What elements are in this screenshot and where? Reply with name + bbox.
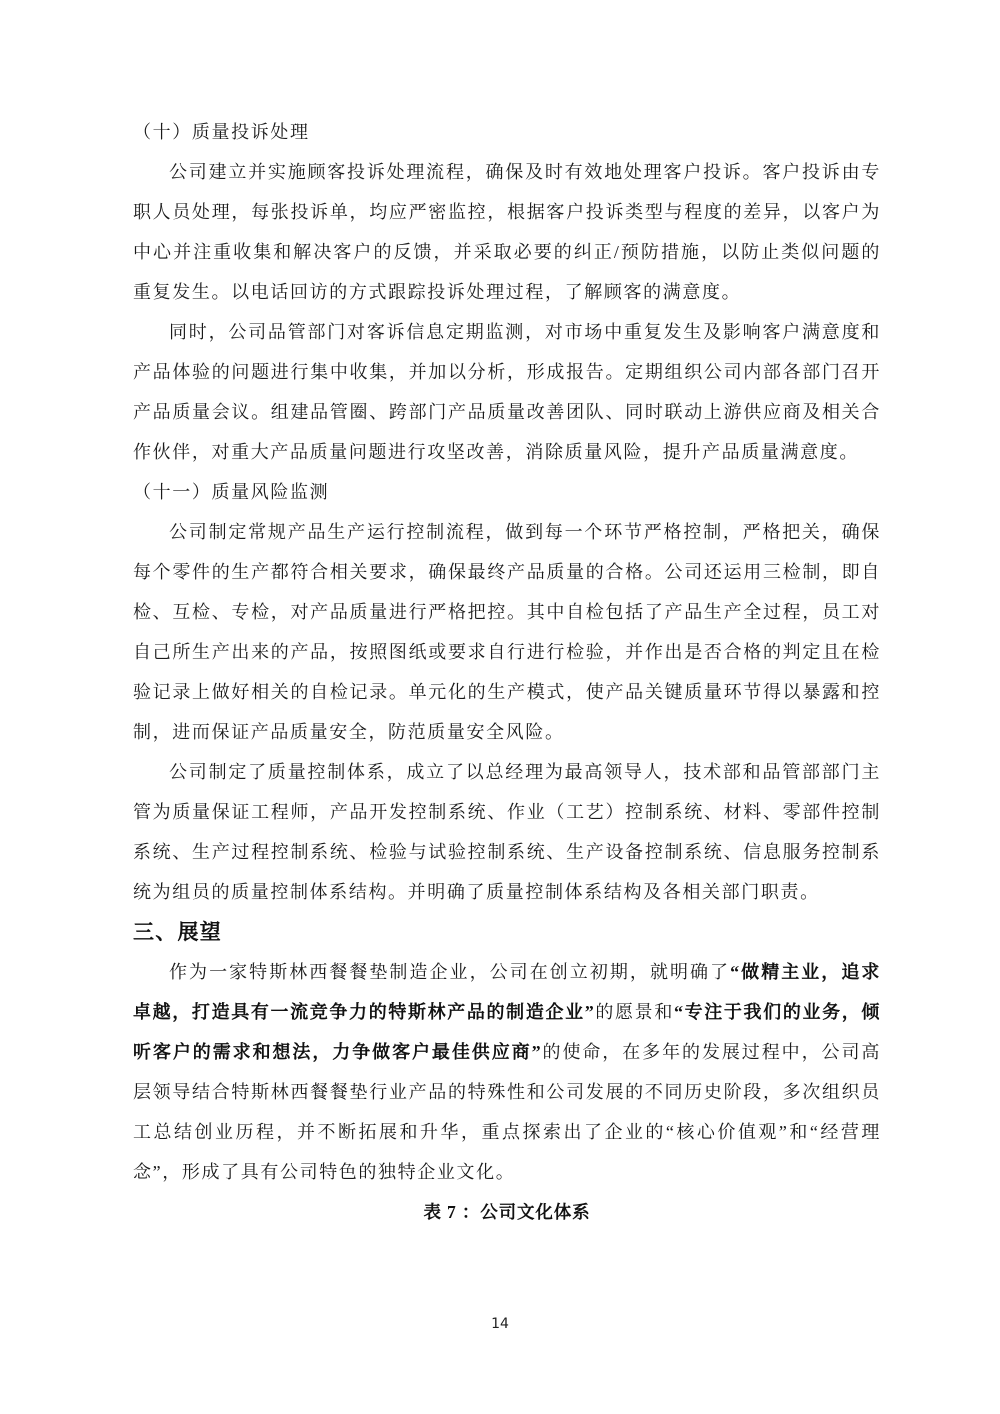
paragraph-outlook: 作为一家特斯林西餐餐垫制造企业，公司在创立初期，就明确了“做精主业，追求卓越，打… [133, 952, 881, 1192]
paragraph-quality-control-system: 公司制定了质量控制体系，成立了以总经理为最高领导人，技术部和品管部部门主管为质量… [133, 752, 881, 912]
text-segment: 作为一家特斯林西餐餐垫制造企业，公司在创立初期，就明确了 [169, 962, 730, 982]
page-content: （十）质量投诉处理 公司建立并实施顾客投诉处理流程，确保及时有效地处理客户投诉。… [133, 112, 881, 1232]
section-heading-quality-complaint-handling: （十）质量投诉处理 [133, 112, 881, 152]
page-number: 14 [0, 1316, 1000, 1332]
document-page: （十）质量投诉处理 公司建立并实施顾客投诉处理流程，确保及时有效地处理客户投诉。… [0, 0, 1000, 1414]
section-heading-outlook: 三、展望 [133, 912, 881, 952]
paragraph-complaint-process: 公司建立并实施顾客投诉处理流程，确保及时有效地处理客户投诉。客户投诉由专职人员处… [133, 152, 881, 312]
text-segment: 的愿景和 [595, 1002, 674, 1022]
text-segment: 的使命，在多年的发展过程中，公司高层领导结合特斯林西餐餐垫行业产品的特殊性和公司… [133, 1042, 881, 1182]
table-caption: 表 7 ：公司文化体系 [133, 1192, 881, 1232]
paragraph-complaint-monitoring: 同时，公司品管部门对客诉信息定期监测，对市场中重复发生及影响客户满意度和产品体验… [133, 312, 881, 472]
paragraph-production-control: 公司制定常规产品生产运行控制流程，做到每一个环节严格控制，严格把关，确保每个零件… [133, 512, 881, 752]
section-heading-quality-risk-monitoring: （十一）质量风险监测 [133, 472, 881, 512]
